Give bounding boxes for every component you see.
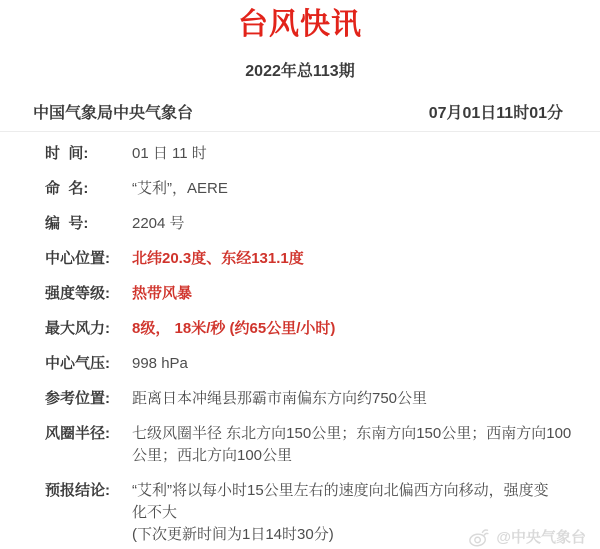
masthead: 中国气象局中央气象台 07月01日11时01分 (0, 104, 600, 132)
row-label: 命 名: (45, 178, 132, 200)
row-label: 中心位置: (45, 248, 132, 270)
table-row: 命 名:“艾利”，AERE (45, 178, 575, 200)
table-row: 中心位置:北纬20.3度、东经131.1度 (45, 248, 575, 270)
row-value: 2204 号 (132, 213, 575, 235)
agency-name: 中国气象局中央气象台 (33, 104, 193, 124)
table-row: 时 间:01 日 11 时 (45, 143, 575, 165)
row-label: 最大风力: (45, 318, 132, 340)
row-label: 强度等级: (45, 283, 132, 305)
row-value: “艾利”将以每小时15公里左右的速度向北偏西方向移动，强度变 化不大 (下次更新… (132, 480, 575, 546)
row-value: “艾利”，AERE (132, 178, 575, 200)
row-value: 七级风圈半径 东北方向150公里；东南方向150公里；西南方向100 公里；西北… (132, 423, 575, 467)
table-row: 中心气压:998 hPa (45, 353, 575, 375)
row-label: 时 间: (45, 143, 132, 165)
bulletin-title: 台风快讯 (0, 6, 600, 44)
row-label: 预报结论: (45, 480, 132, 546)
issue-datetime: 07月01日11时01分 (429, 104, 563, 124)
row-value: 热带风暴 (132, 283, 575, 305)
table-row: 风圈半径:七级风圈半径 东北方向150公里；东南方向150公里；西南方向100 … (45, 423, 575, 467)
table-row: 最大风力:8级， 18米/秒 (约65公里/小时) (45, 318, 575, 340)
row-label: 参考位置: (45, 388, 132, 410)
row-value: 8级， 18米/秒 (约65公里/小时) (132, 318, 575, 340)
bulletin-table: 时 间:01 日 11 时命 名:“艾利”，AERE编 号:2204 号中心位置… (0, 132, 600, 546)
row-value: 距离日本冲绳县那霸市南偏东方向约750公里 (132, 388, 575, 410)
row-label: 风圈半径: (45, 423, 132, 467)
row-value: 998 hPa (132, 353, 575, 375)
table-row: 预报结论:“艾利”将以每小时15公里左右的速度向北偏西方向移动，强度变 化不大 … (45, 480, 575, 546)
row-label: 中心气压: (45, 353, 132, 375)
table-row: 编 号:2204 号 (45, 213, 575, 235)
row-value: 01 日 11 时 (132, 143, 575, 165)
typhoon-bulletin: 台风快讯 2022年总113期 中国气象局中央气象台 07月01日11时01分 … (0, 6, 600, 549)
issue-number: 2022年总113期 (0, 62, 600, 82)
row-label: 编 号: (45, 213, 132, 235)
table-row: 强度等级:热带风暴 (45, 283, 575, 305)
table-row: 参考位置:距离日本冲绳县那霸市南偏东方向约750公里 (45, 388, 575, 410)
row-value: 北纬20.3度、东经131.1度 (132, 248, 575, 270)
